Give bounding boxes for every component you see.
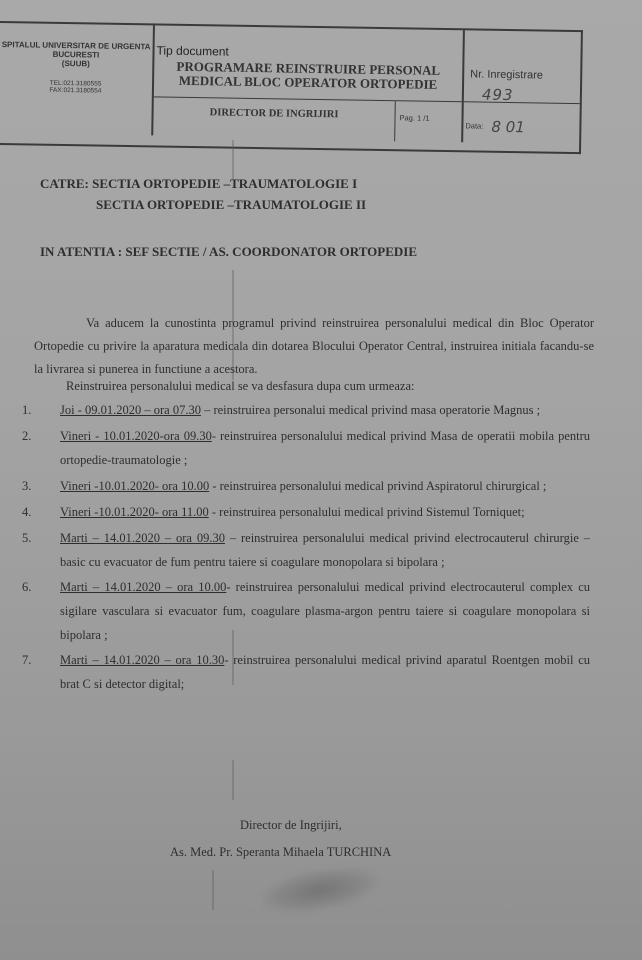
intro-paragraph: Va aducem la cunostinta programul privin… bbox=[34, 312, 594, 381]
item-number: 7. bbox=[22, 648, 31, 672]
handwritten-signature bbox=[257, 860, 382, 920]
schedule-list: 1.Joi - 09.01.2020 – ora 07.30 – reinstr… bbox=[20, 398, 590, 698]
to-line2: SECTIA ORTOPEDIE –TRAUMATOLOGIE II bbox=[96, 197, 366, 213]
registration-number: 493 bbox=[482, 86, 514, 104]
item-datetime: Vineri -10.01.2020- ora 10.00 bbox=[60, 479, 209, 493]
item-datetime: Vineri - 10.01.2020-ora 09.30 bbox=[60, 429, 212, 443]
item-description: – reinstruirea personalui medical privin… bbox=[201, 403, 540, 417]
item-datetime: Vineri -10.01.2020- ora 11.00 bbox=[60, 505, 209, 519]
item-datetime: Joi - 09.01.2020 – ora 07.30 bbox=[60, 403, 201, 417]
schedule-item: 4.Vineri -10.01.2020- ora 11.00 - reinst… bbox=[20, 500, 590, 524]
registration-cell: Nr. Inregistrare 493 bbox=[464, 30, 581, 104]
attention-line: IN ATENTIA : SEF SECTIE / AS. COORDONATO… bbox=[40, 244, 417, 260]
doc-title: PROGRAMARE REINSTRUIRE PERSONAL MEDICAL … bbox=[154, 59, 462, 92]
doc-type-cell: Tip document PROGRAMARE REINSTRUIRE PERS… bbox=[154, 25, 465, 102]
item-number: 6. bbox=[22, 575, 31, 599]
item-datetime: Marti – 14.01.2020 – ora 10.30 bbox=[60, 653, 224, 667]
intro-text: Va aducem la cunostinta programul privin… bbox=[34, 316, 594, 376]
fold-mark bbox=[212, 870, 214, 910]
item-number: 2. bbox=[22, 424, 31, 448]
date-label: Data: bbox=[465, 121, 483, 130]
addressee-to: CATRE: SECTIA ORTOPEDIE –TRAUMATOLOGIE I bbox=[40, 176, 357, 192]
schedule-item: 1.Joi - 09.01.2020 – ora 07.30 – reinstr… bbox=[20, 398, 590, 422]
item-datetime: Marti – 14.01.2020 – ora 09.30 bbox=[60, 531, 225, 545]
schedule-item: 7.Marti – 14.01.2020 – ora 10.30- reinst… bbox=[20, 648, 590, 696]
registration-label: Nr. Inregistrare bbox=[470, 68, 543, 81]
fold-mark bbox=[232, 140, 234, 180]
date-cell: Data: 8 01 bbox=[463, 102, 580, 144]
item-number: 5. bbox=[22, 526, 31, 550]
schedule-item: 3.Vineri -10.01.2020- ora 10.00 - reinst… bbox=[20, 474, 590, 498]
lead-text: Reinstruirea personalului medical se va … bbox=[66, 375, 586, 398]
item-datetime: Marti – 14.01.2020 – ora 10.00 bbox=[60, 580, 226, 594]
hospital-fax: FAX:021.3180554 bbox=[0, 86, 152, 95]
fold-mark bbox=[232, 760, 234, 800]
item-number: 1. bbox=[22, 398, 31, 422]
doc-type-label: Tip document bbox=[156, 43, 228, 58]
document-header-table: SPITALUL UNIVERSITAR DE URGENTA BUCUREST… bbox=[0, 21, 583, 154]
item-description: - reinstruirea personalului medical priv… bbox=[209, 479, 546, 493]
schedule-item: 6.Marti – 14.01.2020 – ora 10.00- reinst… bbox=[20, 575, 590, 647]
schedule-item: 5.Marti – 14.01.2020 – ora 09.30 – reins… bbox=[20, 526, 590, 574]
doc-title-line2: MEDICAL BLOC OPERATOR ORTOPEDIE bbox=[154, 73, 462, 92]
signature-role: Director de Ingrijiri, bbox=[240, 818, 342, 833]
item-number: 3. bbox=[22, 474, 31, 498]
item-description: - reinstruirea personalului medical priv… bbox=[209, 505, 525, 519]
hospital-info-cell: SPITALUL UNIVERSITAR DE URGENTA BUCUREST… bbox=[0, 23, 155, 135]
to-line1: SECTIA ORTOPEDIE –TRAUMATOLOGIE I bbox=[92, 176, 357, 191]
page-number: Pag. 1 /1 bbox=[395, 101, 464, 142]
schedule-item: 2.Vineri - 10.01.2020-ora 09.30- reinstr… bbox=[20, 424, 590, 472]
item-number: 4. bbox=[22, 500, 31, 524]
hospital-abbr: (SUUB) bbox=[0, 58, 152, 69]
to-label: CATRE: bbox=[40, 176, 89, 191]
document-page: SPITALUL UNIVERSITAR DE URGENTA BUCUREST… bbox=[0, 0, 642, 960]
signature-name: As. Med. Pr. Speranta Mihaela TURCHINA bbox=[170, 845, 391, 860]
department-cell: DIRECTOR DE INGRIJIRI bbox=[153, 97, 396, 141]
date-value: 8 01 bbox=[491, 118, 525, 137]
